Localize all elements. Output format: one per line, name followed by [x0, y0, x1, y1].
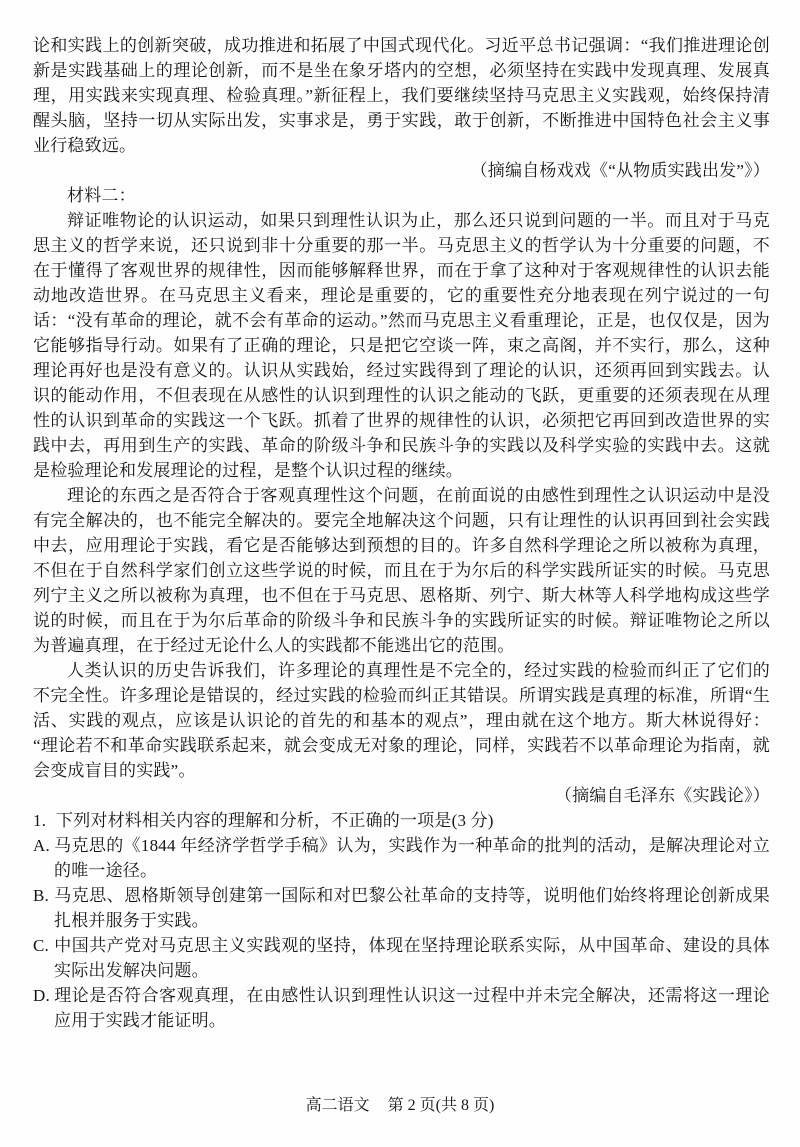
- material-one-source: （摘编自杨戏戏《“从物质实践出发”》）: [33, 158, 770, 183]
- document-body: 论和实践上的创新突破，成功推进和拓展了中国式现代化。习近平总书记强调：“我们推进…: [33, 33, 770, 1033]
- question-1-options: A.马克思的《1844 年经济学哲学手稿》认为，实践作为一种革命的批判的活动，是…: [33, 833, 770, 1033]
- option-d-text: 理论是否符合客观真理，在由感性认识到理性认识这一过程中并未完全解决，还需将这一理…: [54, 986, 770, 1030]
- option-a-label: A.: [33, 833, 54, 858]
- option-a-text: 马克思的《1844 年经济学哲学手稿》认为，实践作为一种革命的批判的活动，是解决…: [54, 836, 770, 880]
- question-1-number: 1.: [33, 808, 56, 833]
- option-c: C.中国共产党对马克思主义实践观的坚持，体现在坚持理论联系实际，从中国革命、建设…: [33, 933, 770, 983]
- material-two-paragraph-1: 辩证唯物论的认识运动，如果只到理性认识为止，那么还只说到问题的一半。而且对于马克…: [33, 208, 770, 483]
- question-1-stem-text: 下列对材料相关内容的理解和分析，不正确的一项是(3 分): [56, 811, 494, 830]
- option-b: B.马克思、恩格斯领导创建第一国际和对巴黎公社革命的支持等，说明他们始终将理论创…: [33, 883, 770, 933]
- option-d: D.理论是否符合客观真理，在由感性认识到理性认识这一过程中并未完全解决，还需将这…: [33, 983, 770, 1033]
- page-footer: 高二语文第 2 页(共 8 页): [0, 1092, 800, 1115]
- material-two-paragraph-2: 理论的东西之是否符合于客观真理性这个问题，在前面说的由感性到理性之认识运动中是没…: [33, 483, 770, 658]
- option-b-label: B.: [33, 883, 54, 908]
- question-1-stem: 1.下列对材料相关内容的理解和分析，不正确的一项是(3 分): [33, 808, 770, 833]
- material-two-source: （摘编自毛泽东《实践论》）: [33, 783, 770, 808]
- exam-page: 论和实践上的创新突破，成功推进和拓展了中国式现代化。习近平总书记强调：“我们推进…: [0, 0, 800, 1147]
- footer-course-label: 高二语文: [306, 1097, 370, 1114]
- material-two-paragraph-3: 人类认识的历史告诉我们，许多理论的真理性是不完全的，经过实践的检验而纠正了它们的…: [33, 658, 770, 783]
- material-two-heading: 材料二：: [33, 183, 770, 208]
- option-d-label: D.: [33, 983, 54, 1008]
- material-one-paragraph-tail: 论和实践上的创新突破，成功推进和拓展了中国式现代化。习近平总书记强调：“我们推进…: [33, 33, 770, 158]
- option-a: A.马克思的《1844 年经济学哲学手稿》认为，实践作为一种革命的批判的活动，是…: [33, 833, 770, 883]
- option-b-text: 马克思、恩格斯领导创建第一国际和对巴黎公社革命的支持等，说明他们始终将理论创新成…: [54, 886, 770, 930]
- footer-page-indicator: 第 2 页(共 8 页): [388, 1097, 495, 1114]
- question-1: 1.下列对材料相关内容的理解和分析，不正确的一项是(3 分) A.马克思的《18…: [33, 808, 770, 1033]
- option-c-text: 中国共产党对马克思主义实践观的坚持，体现在坚持理论联系实际，从中国革命、建设的具…: [54, 936, 770, 980]
- option-c-label: C.: [33, 933, 54, 958]
